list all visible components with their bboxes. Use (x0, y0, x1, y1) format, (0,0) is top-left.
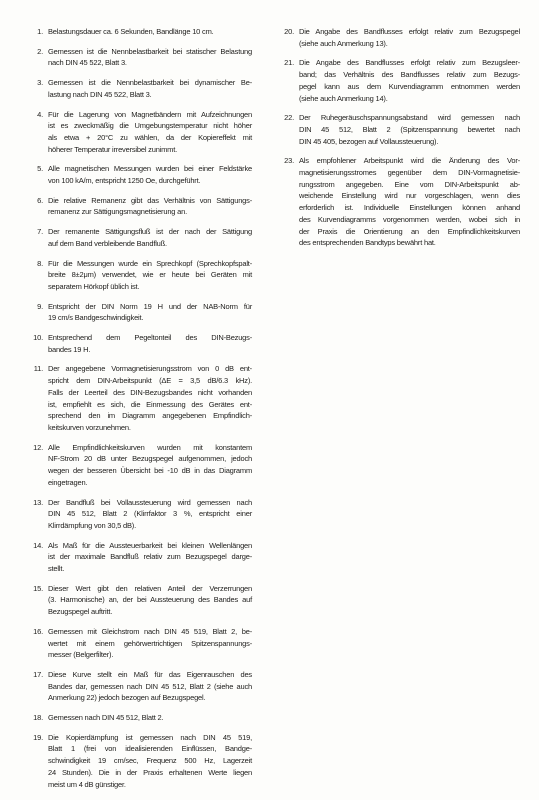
note-line: als etwa + 20°C zu wählen, da der Kopier… (48, 132, 252, 144)
note-line: meist um 4 dB günstiger. (48, 779, 252, 791)
note-line: bandes 19 H. (48, 344, 252, 356)
note-number: 20. (277, 26, 294, 49)
note-line: von 100 kA/m, entspricht 1250 Oe, durchg… (48, 175, 252, 187)
note-number: 22. (277, 112, 294, 147)
note-item: 13.Der Bandfluß bei Vollaussteuerung wir… (26, 497, 252, 532)
note-line: Dieser Wert gibt den relativen Anteil de… (48, 583, 252, 595)
note-line: Der angegebene Vormagnetisierungsstrom v… (48, 363, 252, 375)
note-line: separatem Hörkopf üblich ist. (48, 281, 252, 293)
note-line: (siehe auch Anmerkung 13). (299, 38, 520, 50)
note-line: Die Kopierdämpfung ist gemessen nach DIN… (48, 732, 252, 744)
note-number: 11. (26, 363, 43, 433)
note-line: Die Angabe des Bandflusses erfolgt relat… (299, 26, 520, 38)
note-text: Die Kopierdämpfung ist gemessen nach DIN… (48, 732, 252, 791)
note-number: 16. (26, 626, 43, 661)
note-item: 2.Gemessen ist die Nennbelastbarkeit bei… (26, 46, 252, 69)
note-line: keitskurven vorzunehmen. (48, 422, 252, 434)
note-line: Bezugspegel auftritt. (48, 606, 252, 618)
note-number: 13. (26, 497, 43, 532)
note-line: Als empfohlener Arbeitspunkt wird die Än… (299, 155, 520, 167)
note-item: 16.Gemessen mit Gleichstrom nach DIN 45 … (26, 626, 252, 661)
note-item: 10.Entsprechend dem Pegeltonteil des DIN… (26, 332, 252, 355)
notes-column-left: 1.Belastungsdauer ca. 6 Sekunden, Bandlä… (26, 26, 252, 798)
note-line: breite 8±2μm) verwendet, wie er heute be… (48, 269, 252, 281)
note-line: Entsprechend dem Pegeltonteil des DIN-Be… (48, 332, 252, 344)
note-number: 8. (26, 258, 43, 293)
note-line: messer (Belgerfilter). (48, 649, 252, 661)
note-text: Der Ruhegeräuschspannungsabstand wird ge… (299, 112, 520, 147)
note-text: Alle magnetischen Messungen wurden bei e… (48, 163, 252, 186)
note-line: spricht dem DIN-Arbeitspunkt (ΔE = 3,5 d… (48, 375, 252, 387)
note-item: 9.Entspricht der DIN Norm 19 H und der N… (26, 301, 252, 324)
note-line: Für die Lagerung von Magnetbändern mit A… (48, 109, 252, 121)
note-line: lastung nach DIN 45 522, Blatt 3. (48, 89, 252, 101)
note-number: 12. (26, 442, 43, 489)
note-text: Gemessen ist die Nennbelastbarkeit bei s… (48, 46, 252, 69)
note-text: Dieser Wert gibt den relativen Anteil de… (48, 583, 252, 618)
note-item: 8.Für die Messungen wurde ein Sprechkopf… (26, 258, 252, 293)
note-number: 19. (26, 732, 43, 791)
note-line: (siehe auch Anmerkung 14). (299, 93, 520, 105)
note-line: Klirrdämpfung von 30,5 dB). (48, 520, 252, 532)
note-number: 4. (26, 109, 43, 156)
note-number: 9. (26, 301, 43, 324)
note-item: 3.Gemessen ist die Nennbelastbarkeit bei… (26, 77, 252, 100)
note-item: 22.Der Ruhegeräuschspannungsabstand wird… (277, 112, 520, 147)
note-text: Gemessen ist die Nennbelastbarkeit bei d… (48, 77, 252, 100)
note-line: Anmerkung 22) jedoch bezogen auf Bezugsp… (48, 692, 252, 704)
note-line: (3. Harmonische) an, der bei Aussteuerun… (48, 594, 252, 606)
note-text: Der Bandfluß bei Vollaussteuerung wird g… (48, 497, 252, 532)
note-item: 4.Für die Lagerung von Magnetbändern mit… (26, 109, 252, 156)
note-line: remanenz zur Sättigungsmagnetisierung an… (48, 206, 252, 218)
note-line: schwindigkeit 19 cm/sec, Frequenz 500 Hz… (48, 755, 252, 767)
note-number: 10. (26, 332, 43, 355)
note-number: 18. (26, 712, 43, 724)
note-item: 20.Die Angabe des Bandflusses erfolgt re… (277, 26, 520, 49)
note-number: 7. (26, 226, 43, 249)
document-page: 1.Belastungsdauer ca. 6 Sekunden, Bandlä… (0, 0, 539, 800)
note-line: Alle magnetischen Messungen wurden bei e… (48, 163, 252, 175)
note-line: DIN 45 405, bezogen auf Vollaussteuerung… (299, 136, 520, 148)
note-text: Entsprechend dem Pegeltonteil des DIN-Be… (48, 332, 252, 355)
note-line: Die Angabe des Bandflusses erfolgt relat… (299, 57, 520, 69)
note-number: 6. (26, 195, 43, 218)
note-line: ist der maximale Bandfluß relativ zum Be… (48, 551, 252, 563)
note-line: Entspricht der DIN Norm 19 H und der NAB… (48, 301, 252, 313)
note-line: magnetisierungsstromes gegenüber dem DIN… (299, 167, 520, 179)
note-line: NF-Strom 20 dB unter Bezugspegel aufgeno… (48, 453, 252, 465)
note-item: 7.Der remanente Sättigungsfluß ist der n… (26, 226, 252, 249)
note-line: auf dem Band verbleibende Bandfluß. (48, 238, 252, 250)
note-line: stellt. (48, 563, 252, 575)
note-text: Gemessen mit Gleichstrom nach DIN 45 519… (48, 626, 252, 661)
note-text: Die Angabe des Bandflusses erfolgt relat… (299, 26, 520, 49)
note-item: 1.Belastungsdauer ca. 6 Sekunden, Bandlä… (26, 26, 252, 38)
note-text: Diese Kurve stellt ein Maß für das Eigen… (48, 669, 252, 704)
note-item: 17.Diese Kurve stellt ein Maß für das Ei… (26, 669, 252, 704)
note-line: Bandes dar, gemessen nach DIN 45 512, Bl… (48, 681, 252, 693)
note-item: 21.Die Angabe des Bandflusses erfolgt re… (277, 57, 520, 104)
note-line: Diese Kurve stellt ein Maß für das Eigen… (48, 669, 252, 681)
note-line: Die relative Remanenz gibt das Verhältni… (48, 195, 252, 207)
note-line: Der Ruhegeräuschspannungsabstand wird ge… (299, 112, 520, 124)
note-line: Gemessen ist die Nennbelastbarkeit bei d… (48, 77, 252, 89)
notes-column-right: 20.Die Angabe des Bandflusses erfolgt re… (277, 26, 520, 257)
note-number: 2. (26, 46, 43, 69)
note-line: Der remanente Sättigungsfluß ist der nac… (48, 226, 252, 238)
note-text: Der remanente Sättigungsfluß ist der nac… (48, 226, 252, 249)
note-number: 21. (277, 57, 294, 104)
note-line: Der Bandfluß bei Vollaussteuerung wird g… (48, 497, 252, 509)
note-text: Belastungsdauer ca. 6 Sekunden, Bandläng… (48, 26, 252, 38)
note-text: Als empfohlener Arbeitspunkt wird die Än… (299, 155, 520, 249)
note-item: 12.Alle Empfindlichkeitskurven wurden mi… (26, 442, 252, 489)
note-text: Als Maß für die Aussteuerbarkeit bei kle… (48, 540, 252, 575)
note-line: Belastungsdauer ca. 6 Sekunden, Bandläng… (48, 26, 252, 38)
note-line: Gemessen nach DIN 45 512, Blatt 2. (48, 712, 252, 724)
note-text: Für die Messungen wurde ein Sprechkopf (… (48, 258, 252, 293)
note-line: Alle Empfindlichkeitskurven wurden mit k… (48, 442, 252, 454)
note-number: 15. (26, 583, 43, 618)
note-text: Für die Lagerung von Magnetbändern mit A… (48, 109, 252, 156)
note-item: 15.Dieser Wert gibt den relativen Anteil… (26, 583, 252, 618)
note-number: 23. (277, 155, 294, 249)
note-item: 19.Die Kopierdämpfung ist gemessen nach … (26, 732, 252, 791)
note-item: 6.Die relative Remanenz gibt das Verhält… (26, 195, 252, 218)
note-text: Die Angabe des Bandflusses erfolgt relat… (299, 57, 520, 104)
note-line: des entsprechenden Bandtyps bewährt hat. (299, 237, 520, 249)
note-number: 1. (26, 26, 43, 38)
note-item: 18.Gemessen nach DIN 45 512, Blatt 2. (26, 712, 252, 724)
note-text: Gemessen nach DIN 45 512, Blatt 2. (48, 712, 252, 724)
note-line: DIN 45 512, Blatt 2 (Spitzenspannung bew… (299, 124, 520, 136)
note-number: 5. (26, 163, 43, 186)
note-text: Entspricht der DIN Norm 19 H und der NAB… (48, 301, 252, 324)
note-line: Blatt 1 (frei von idealisierenden Einflü… (48, 743, 252, 755)
note-item: 11.Der angegebene Vormagnetisierungsstro… (26, 363, 252, 433)
note-line: rungsstrom angegeben. Eine vom DIN-Arbei… (299, 179, 520, 191)
note-line: Gemessen mit Gleichstrom nach DIN 45 519… (48, 626, 252, 638)
note-number: 3. (26, 77, 43, 100)
note-line: wertet mit einem gehörwertrichtigen Spit… (48, 638, 252, 650)
note-line: eingetragen. (48, 477, 252, 489)
note-line: sprechend den im Diagramm angegebenen Em… (48, 410, 252, 422)
note-line: band; das Verhältnis des Bandflusses rel… (299, 69, 520, 81)
note-line: höherer Temperatur irreversibel zunimmt. (48, 144, 252, 156)
note-line: nach DIN 45 522, Blatt 3. (48, 57, 252, 69)
note-item: 5.Alle magnetischen Messungen wurden bei… (26, 163, 252, 186)
note-text: Die relative Remanenz gibt das Verhältni… (48, 195, 252, 218)
note-item: 14.Als Maß für die Aussteuerbarkeit bei … (26, 540, 252, 575)
note-item: 23.Als empfohlener Arbeitspunkt wird die… (277, 155, 520, 249)
note-line: des Kurvendiagramms vorgenommen werden, … (299, 214, 520, 226)
note-number: 14. (26, 540, 43, 575)
note-number: 17. (26, 669, 43, 704)
note-line: 24 Stunden). Die in der Praxis erhaltene… (48, 767, 252, 779)
note-line: Falls der Leerteil des DIN-Bezugsbandes … (48, 387, 252, 399)
note-line: DIN 45 512, Blatt 2 (Klirrfaktor 3 %, en… (48, 508, 252, 520)
note-line: wegen der besseren Übersicht bei -10 dB … (48, 465, 252, 477)
note-line: der Praxis die Orientierung an den Empfi… (299, 226, 520, 238)
note-line: 19 cm/s Bandgeschwindigkeit. (48, 312, 252, 324)
note-line: Als Maß für die Aussteuerbarkeit bei kle… (48, 540, 252, 552)
note-line: Gemessen ist die Nennbelastbarkeit bei s… (48, 46, 252, 58)
note-line: ist, empfiehlt es sich, die Einmessung d… (48, 399, 252, 411)
note-text: Der angegebene Vormagnetisierungsstrom v… (48, 363, 252, 433)
note-text: Alle Empfindlichkeitskurven wurden mit k… (48, 442, 252, 489)
note-line: erforderlich ist. Individuelle Einstellu… (299, 202, 520, 214)
note-line: Für die Messungen wurde ein Sprechkopf (… (48, 258, 252, 270)
note-line: weichende Einstellung wird nur vorgeschl… (299, 190, 520, 202)
note-line: ist es zweckmäßig die Umgebungstemperatu… (48, 120, 252, 132)
note-line: pegel kann aus dem Kurvendiagramm entnom… (299, 81, 520, 93)
